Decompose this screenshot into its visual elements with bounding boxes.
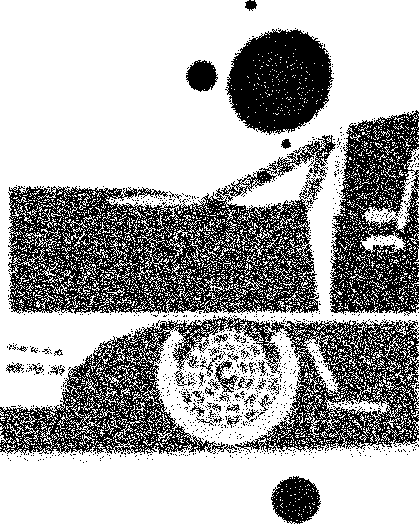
halftone-car-photo-canvas xyxy=(0,0,419,529)
dithered-photo xyxy=(0,0,419,529)
